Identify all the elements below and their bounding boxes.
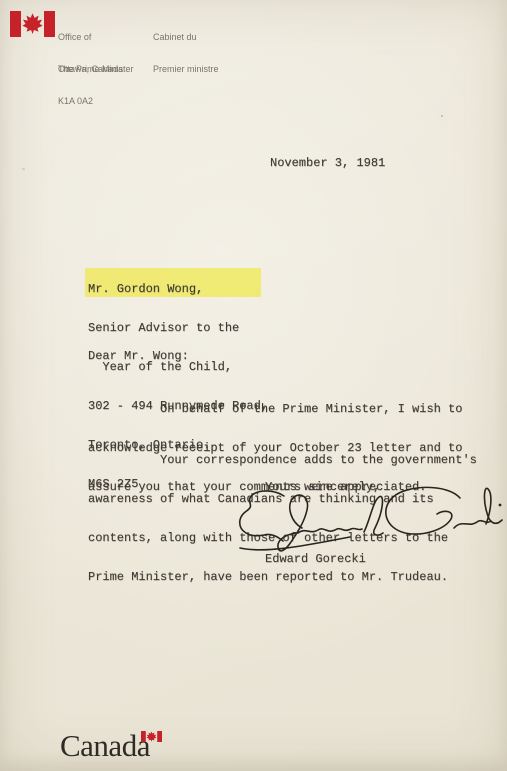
body-line: Prime Minister, have been reported to Mr… (88, 571, 477, 584)
letterhead-line: Premier ministre (153, 64, 219, 75)
recipient-title-line: Senior Advisor to the (88, 322, 268, 335)
letterhead-line: Ottawa, Canada (58, 64, 123, 75)
signature-name: Edward Gorecki (265, 553, 366, 566)
recipient-name: Mr. Gordon Wong, (88, 283, 268, 296)
body-line: Your correspondence adds to the governme… (88, 454, 477, 467)
body-line: On behalf of the Prime Minister, I wish … (88, 403, 462, 416)
paper-speck (22, 168, 25, 170)
letterhead-line: K1A 0A2 (58, 96, 123, 107)
letter-page: Office of The Prime Minister Cabinet du … (0, 0, 507, 771)
paper-speck (308, 411, 310, 413)
date-line: November 3, 1981 (270, 157, 385, 170)
canada-flag-icon (10, 11, 55, 37)
paper-speck (441, 115, 443, 117)
wordmark-text: Canada (60, 728, 150, 763)
letterhead-line: Office of (58, 32, 134, 43)
letterhead-department-fr: Cabinet du Premier ministre (153, 11, 219, 95)
letterhead-location: Ottawa, Canada K1A 0A2 (58, 43, 123, 127)
wordmark-flag-icon (141, 731, 162, 742)
letterhead-line: Cabinet du (153, 32, 219, 43)
canada-wordmark: Canada (60, 729, 200, 765)
salutation: Dear Mr. Wong: (88, 350, 189, 363)
